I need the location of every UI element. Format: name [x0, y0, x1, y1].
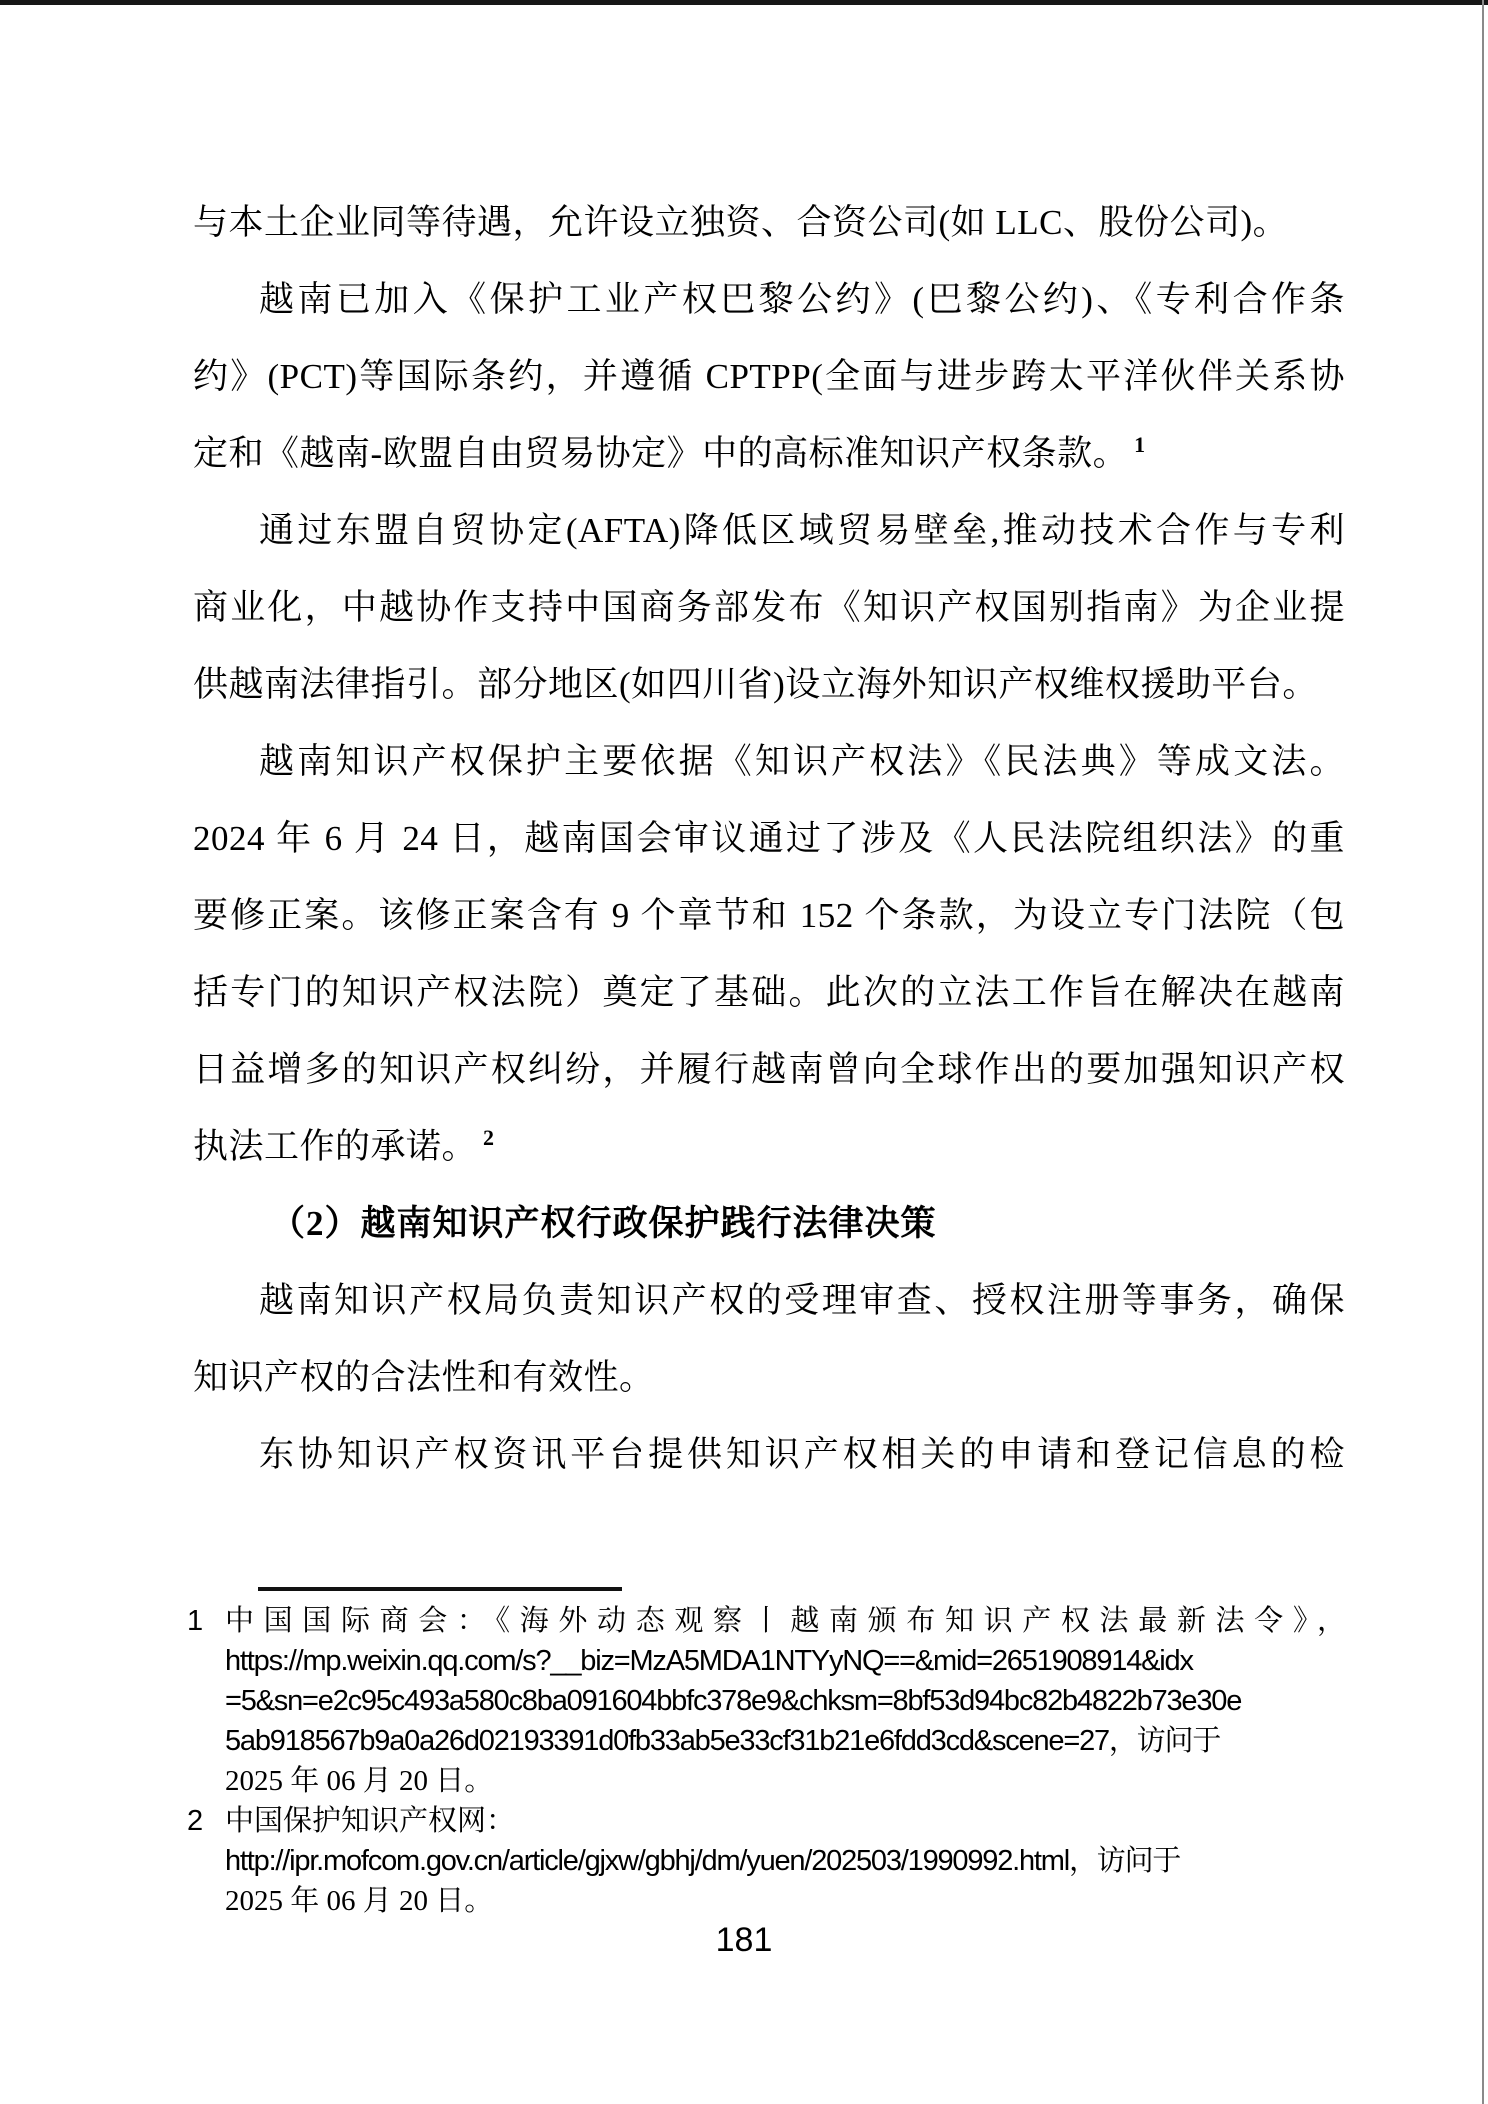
body-line: 执法工作的承诺。2 [193, 1108, 1345, 1185]
footnote-reference: 1 [1134, 432, 1146, 457]
footnote-text-line: 中国保护知识产权网： [225, 1801, 1347, 1841]
footnote-url-line: http://ipr.mofcom.gov.cn/article/gjxw/gb… [225, 1841, 1347, 1881]
footnote-marker: 1 [187, 1601, 221, 1641]
body-line: 日益增多的知识产权纠纷，并履行越南曾向全球作出的要加强知识产权 [193, 1031, 1345, 1108]
footnote-text-line: 中国国际商会：《海外动态观察丨越南颁布知识产权法最新法令》， [225, 1601, 1347, 1641]
footnote-url-line: 5ab918567b9a0a26d02193391d0fb33ab5e33cf3… [225, 1721, 1347, 1761]
body-line: 定和《越南-欧盟自由贸易协定》中的高标准知识产权条款。1 [193, 415, 1345, 492]
body-line: 括专门的知识产权法院）奠定了基础。此次的立法工作旨在解决在越南 [193, 954, 1345, 1031]
page-number: 181 [0, 1916, 1488, 1964]
body-line: 越南知识产权局负责知识产权的受理审查、授权注册等事务，确保 [193, 1262, 1345, 1339]
body-line: 供越南法律指引。部分地区(如四川省)设立海外知识产权维权援助平台。 [193, 646, 1345, 723]
body-line: 通过东盟自贸协定(AFTA)降低区域贸易壁垒,推动技术合作与专利 [193, 492, 1345, 569]
body-line: 要修正案。该修正案含有 9 个章节和 152 个条款，为设立专门法院（包 [193, 877, 1345, 954]
footnote-marker: 2 [187, 1801, 221, 1841]
footnote-reference: 2 [483, 1125, 495, 1150]
footnote-url-line: https://mp.weixin.qq.com/s?__biz=MzA5MDA… [225, 1641, 1347, 1681]
body-line: 越南知识产权保护主要依据《知识产权法》《民法典》等成文法。 [193, 723, 1345, 800]
body-line: 商业化，中越协作支持中国商务部发布《知识产权国别指南》为企业提 [193, 569, 1345, 646]
body-line: 知识产权的合法性和有效性。 [193, 1339, 1345, 1416]
body-line: 东协知识产权资讯平台提供知识产权相关的申请和登记信息的检 [193, 1416, 1345, 1493]
page-right-edge [1482, 0, 1484, 2104]
footnote-url-line: =5&sn=e2c95c493a580c8ba091604bbfc378e9&c… [225, 1681, 1347, 1721]
body-line: 越南已加入《保护工业产权巴黎公约》(巴黎公约)、《专利合作条 [193, 261, 1345, 338]
footnotes-block: 1中国国际商会：《海外动态观察丨越南颁布知识产权法最新法令》，https://m… [187, 1601, 1347, 1921]
document-page: 与本土企业同等待遇，允许设立独资、合资公司(如 LLC、股份公司)。越南已加入《… [0, 0, 1488, 2104]
body-line: 与本土企业同等待遇，允许设立独资、合资公司(如 LLC、股份公司)。 [193, 184, 1345, 261]
footnote-text-line: 2025 年 06 月 20 日。 [225, 1761, 1347, 1801]
footnote-text-line: 2025 年 06 月 20 日。 [225, 1881, 1347, 1921]
body-line: 2024 年 6 月 24 日，越南国会审议通过了涉及《人民法院组织法》的重 [193, 800, 1345, 877]
footnote: 1中国国际商会：《海外动态观察丨越南颁布知识产权法最新法令》，https://m… [187, 1601, 1347, 1801]
body-line: 约》(PCT)等国际条约，并遵循 CPTPP(全面与进步跨太平洋伙伴关系协 [193, 338, 1345, 415]
footnote: 2中国保护知识产权网：http://ipr.mofcom.gov.cn/arti… [187, 1801, 1347, 1921]
page-top-edge [0, 0, 1488, 5]
footnote-separator [258, 1587, 622, 1591]
section-heading: （2）越南知识产权行政保护践行法律决策 [193, 1185, 1345, 1262]
body-text-block: 与本土企业同等待遇，允许设立独资、合资公司(如 LLC、股份公司)。越南已加入《… [193, 184, 1345, 1493]
